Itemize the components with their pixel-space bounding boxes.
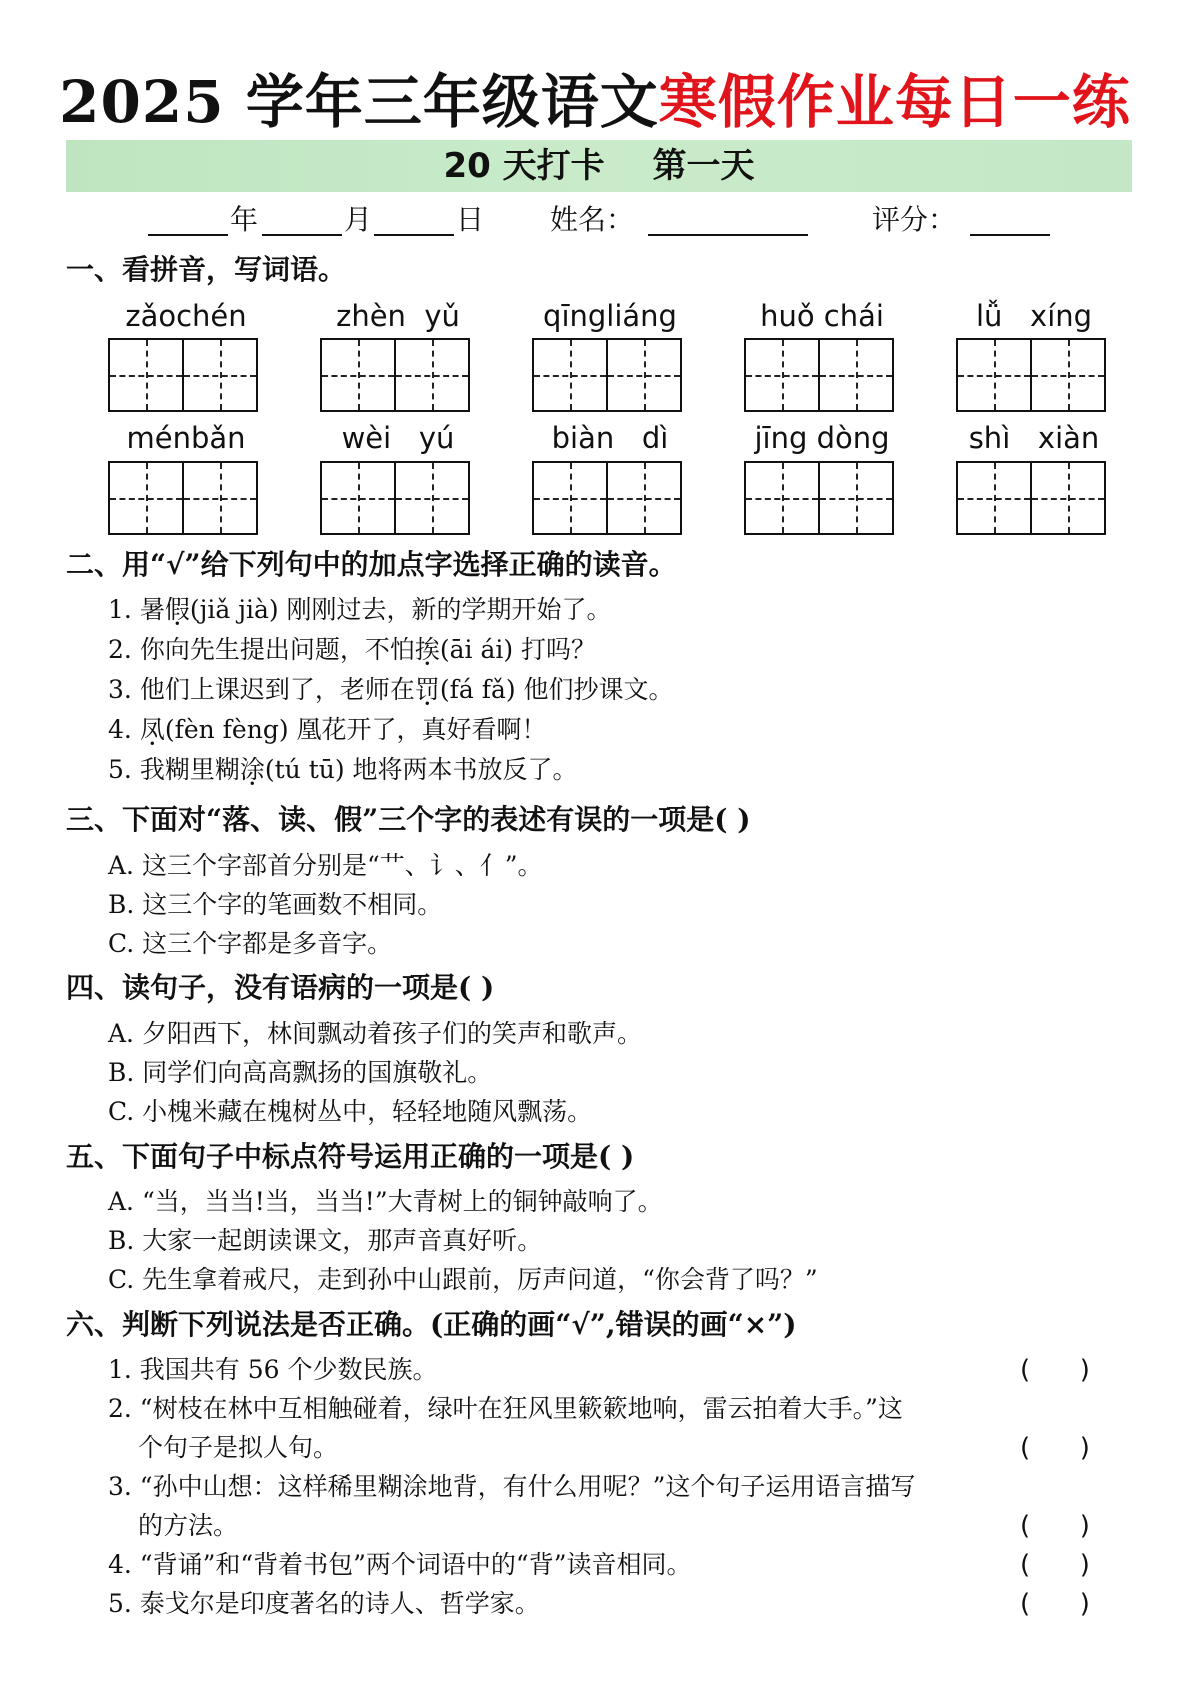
pinyin-5: lǚ xíng bbox=[954, 296, 1114, 336]
writing-grid-8[interactable] bbox=[532, 461, 682, 535]
day-label: 日 bbox=[456, 198, 484, 242]
item-text-post: (fèn fèng) 凰花开了，真好看啊！ bbox=[165, 715, 547, 744]
judgment-answer-5[interactable]: ( ) bbox=[1020, 1586, 1120, 1622]
section3-option-c[interactable]: C. 这三个字都是多音字。 bbox=[108, 926, 392, 962]
writing-grid-6[interactable] bbox=[108, 461, 258, 535]
pinyin-8: biàn dì bbox=[530, 418, 690, 458]
pronunciation-item-5[interactable]: 5. 我糊里糊涂(tú tū) 地将两本书放反了。 bbox=[108, 752, 578, 788]
writing-grid-5[interactable] bbox=[956, 338, 1106, 412]
judgment-item-2: 2. “树枝在林中互相触碰着，绿叶在狂风里簌簌地响，雷云拍着大手。”这 bbox=[108, 1391, 903, 1427]
writing-grid-7[interactable] bbox=[320, 461, 470, 535]
dotted-char: 挨 bbox=[415, 632, 440, 668]
month-label: 月 bbox=[344, 198, 372, 242]
month-blank[interactable] bbox=[262, 204, 342, 236]
dotted-char: 假 bbox=[165, 592, 190, 628]
section1-heading: 一、看拼音，写词语。 bbox=[66, 250, 346, 290]
info-line: 年 月 日 姓名： 评分： bbox=[0, 198, 1190, 242]
writing-grid-4[interactable] bbox=[744, 338, 894, 412]
item-text-post: (tú tū) 地将两本书放反了。 bbox=[265, 755, 578, 784]
section3-heading: 三、下面对“落、读、假”三个字的表述有误的一项是( ) bbox=[66, 800, 750, 840]
section4-option-b[interactable]: B. 同学们向高高飘扬的国旗敬礼。 bbox=[108, 1055, 492, 1091]
section3-option-a[interactable]: A. 这三个字部首分别是“艹、讠、亻”。 bbox=[108, 848, 543, 884]
section3-option-b[interactable]: B. 这三个字的笔画数不相同。 bbox=[108, 887, 442, 923]
item-text-pre: 暑 bbox=[140, 595, 165, 624]
item-text-pre: 我糊里糊 bbox=[140, 755, 240, 784]
dotted-char: 凤 bbox=[140, 712, 165, 748]
judgment-answer-3[interactable]: ( ) bbox=[1020, 1508, 1120, 1544]
day-blank[interactable] bbox=[374, 204, 454, 236]
writing-grid-2[interactable] bbox=[320, 338, 470, 412]
dotted-char: 罚 bbox=[415, 672, 440, 708]
section5-option-c[interactable]: C. 先生拿着戒尺，走到孙中山跟前，厉声问道，“你会背了吗？” bbox=[108, 1262, 818, 1298]
item-number: 2. bbox=[108, 635, 132, 664]
writing-grid-3[interactable] bbox=[532, 338, 682, 412]
writing-grid-10[interactable] bbox=[956, 461, 1106, 535]
pronunciation-item-4[interactable]: 4. 凤(fèn fèng) 凰花开了，真好看啊！ bbox=[108, 712, 547, 748]
pinyin-2: zhèn yǔ bbox=[318, 296, 478, 336]
item-text-pre: 你向先生提出问题，不怕 bbox=[140, 635, 415, 664]
judgment-item-1: 1. 我国共有 56 个少数民族。 bbox=[108, 1352, 438, 1388]
judgment-item-5: 5. 泰戈尔是印度著名的诗人、哲学家。 bbox=[108, 1586, 540, 1622]
judgment-answer-4[interactable]: ( ) bbox=[1020, 1547, 1120, 1583]
pinyin-3: qīngliáng bbox=[530, 296, 690, 336]
item-text-post: (āi ái) 打吗？ bbox=[440, 635, 596, 664]
item-number: 4. bbox=[108, 715, 132, 744]
pinyin-4: huǒ chái bbox=[742, 296, 902, 336]
section4-option-a[interactable]: A. 夕阳西下，林间飘动着孩子们的笑声和歌声。 bbox=[108, 1016, 642, 1052]
banner-day: 第一天 bbox=[653, 146, 755, 186]
name-label: 姓名： bbox=[550, 198, 634, 242]
score-blank[interactable] bbox=[970, 204, 1050, 236]
judgment-item-2-cont: 个句子是拟人句。 bbox=[138, 1430, 338, 1466]
item-number: 1. bbox=[108, 595, 132, 624]
judgment-item-3: 3. “孙中山想：这样稀里糊涂地背，有什么用呢？”这个句子运用语言描写 bbox=[108, 1469, 915, 1505]
writing-grid-1[interactable] bbox=[108, 338, 258, 412]
section4-option-c[interactable]: C. 小槐米藏在槐树丛中，轻轻地随风飘荡。 bbox=[108, 1094, 592, 1130]
section5-heading: 五、下面句子中标点符号运用正确的一项是( ) bbox=[66, 1137, 634, 1177]
year-label: 年 bbox=[230, 198, 258, 242]
pinyin-10: shì xiàn bbox=[954, 418, 1114, 458]
judgment-answer-2[interactable]: ( ) bbox=[1020, 1430, 1120, 1466]
item-number: 5. bbox=[108, 755, 132, 784]
page-title: 2025 学年三年级语文寒假作业每日一练 bbox=[0, 62, 1190, 142]
pronunciation-item-3[interactable]: 3. 他们上课迟到了，老师在罚(fá fǎ) 他们抄课文。 bbox=[108, 672, 674, 708]
judgment-item-4: 4. “背诵”和“背着书包”两个词语中的“背”读音相同。 bbox=[108, 1547, 692, 1583]
pinyin-7: wèi yú bbox=[318, 418, 478, 458]
day-banner: 20 天打卡 第一天 bbox=[66, 140, 1132, 192]
banner-checkin: 20 天打卡 bbox=[444, 146, 605, 186]
score-label: 评分： bbox=[872, 198, 956, 242]
title-red-part: 寒假作业每日一练 bbox=[659, 68, 1131, 136]
section6-heading: 六、判断下列说法是否正确。(正确的画“√”,错误的画“×”) bbox=[66, 1305, 797, 1345]
year-blank[interactable] bbox=[148, 204, 228, 236]
section5-option-a[interactable]: A. “当，当当!当，当当!”大青树上的铜钟敲响了。 bbox=[108, 1184, 663, 1220]
judgment-item-3-cont: 的方法。 bbox=[138, 1508, 238, 1544]
item-text-pre: 他们上课迟到了，老师在 bbox=[140, 675, 415, 704]
writing-grid-9[interactable] bbox=[744, 461, 894, 535]
pinyin-1: zǎochén bbox=[106, 296, 266, 336]
pronunciation-item-2[interactable]: 2. 你向先生提出问题，不怕挨(āi ái) 打吗？ bbox=[108, 632, 596, 668]
pinyin-9: jīng dòng bbox=[742, 418, 902, 458]
pinyin-6: ménbǎn bbox=[106, 418, 266, 458]
title-black-part: 2025 学年三年级语文 bbox=[59, 68, 659, 136]
item-text-post: (jiǎ jià) 刚刚过去，新的学期开始了。 bbox=[190, 595, 612, 624]
judgment-answer-1[interactable]: ( ) bbox=[1020, 1352, 1120, 1388]
name-blank[interactable] bbox=[648, 204, 808, 236]
dotted-char: 涂 bbox=[240, 752, 265, 788]
section4-heading: 四、读句子，没有语病的一项是( ) bbox=[66, 968, 494, 1008]
section5-option-b[interactable]: B. 大家一起朗读课文，那声音真好听。 bbox=[108, 1223, 542, 1259]
item-text-post: (fá fǎ) 他们抄课文。 bbox=[440, 675, 674, 704]
section2-heading: 二、用“√”给下列句中的加点字选择正确的读音。 bbox=[66, 545, 677, 585]
pronunciation-item-1[interactable]: 1. 暑假(jiǎ jià) 刚刚过去，新的学期开始了。 bbox=[108, 592, 612, 628]
item-number: 3. bbox=[108, 675, 132, 704]
